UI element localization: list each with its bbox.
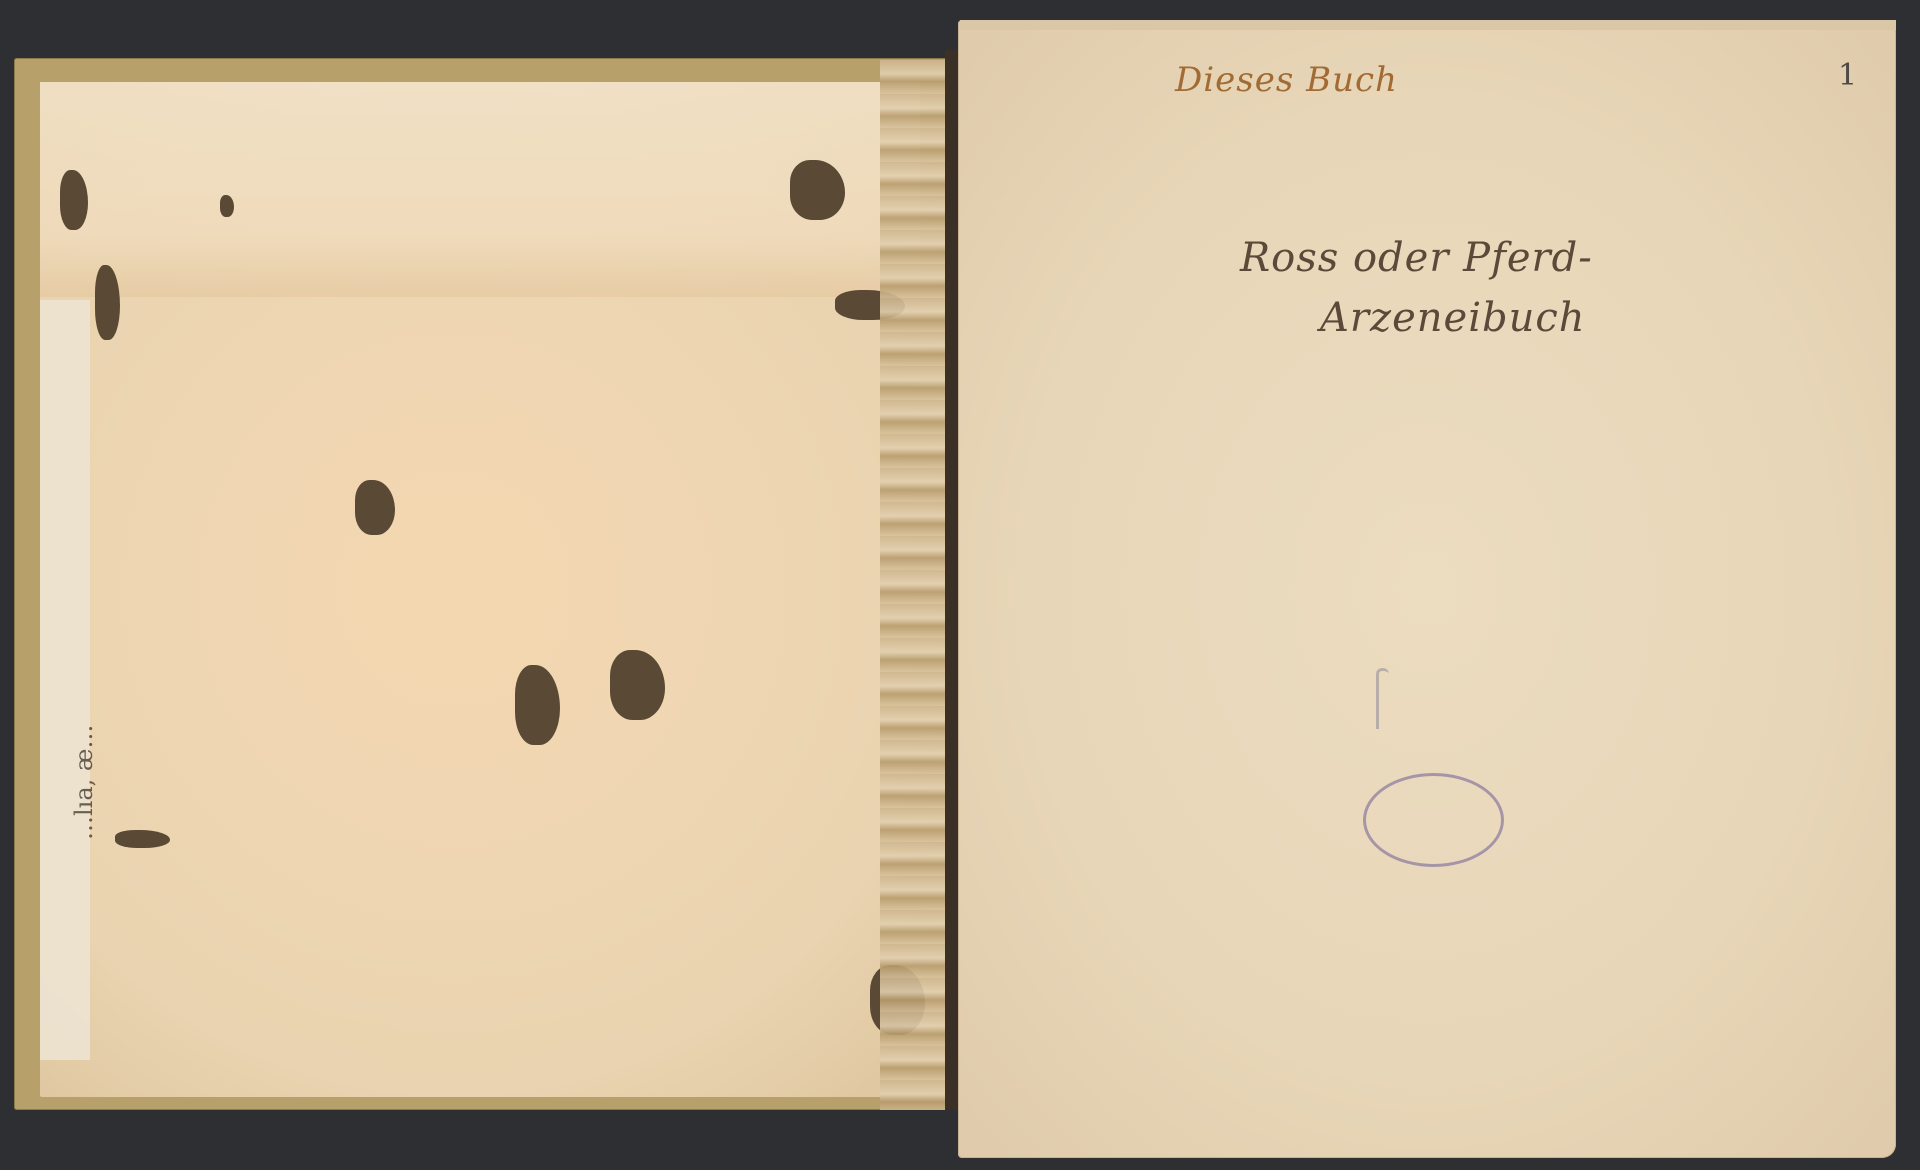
wormhole bbox=[115, 830, 170, 848]
pencil-mark bbox=[1376, 668, 1389, 729]
library-stamp bbox=[1363, 773, 1504, 867]
pastedown-binding-strip bbox=[40, 300, 90, 1060]
pastedown-fold bbox=[40, 82, 920, 297]
printed-text-fragment: …lıa, æ… bbox=[70, 725, 98, 840]
handwritten-annotation: Dieses Buch bbox=[1175, 60, 1398, 100]
wormhole bbox=[220, 195, 234, 217]
folio-number: 1 bbox=[1838, 58, 1858, 93]
manuscript-scan: …lıa, æ… Dieses Buch Ross oder Pferd- Ar… bbox=[0, 0, 1920, 1170]
handwritten-title-line: Arzeneibuch bbox=[1320, 295, 1586, 341]
first-leaf-page bbox=[958, 20, 1896, 1158]
handwritten-title-line: Ross oder Pferd- bbox=[1240, 235, 1593, 281]
page-top-edge bbox=[960, 20, 1896, 30]
